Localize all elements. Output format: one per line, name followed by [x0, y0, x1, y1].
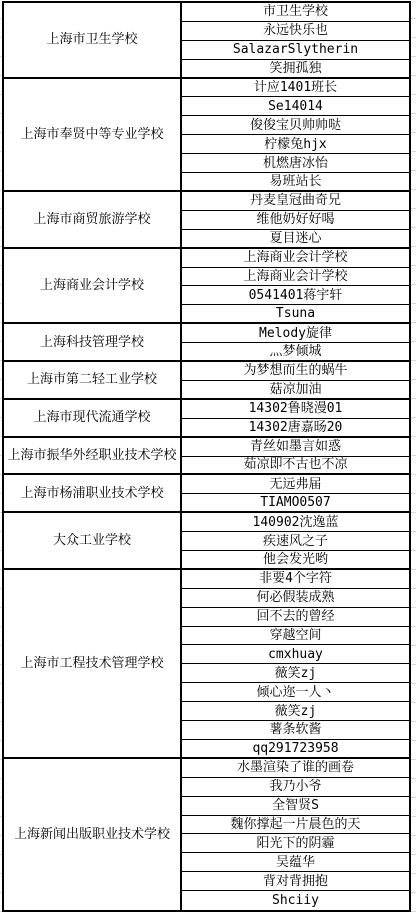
member-cell[interactable]: 魏你撑起一片晨色的天	[182, 816, 409, 835]
member-cell[interactable]: 吴蕴华	[182, 853, 409, 872]
member-cell[interactable]: 穿越空间	[182, 627, 409, 646]
member-cell[interactable]: 永远快乐也	[182, 22, 409, 41]
member-cell[interactable]: 柠檬兔hjx	[182, 135, 409, 154]
member-cell[interactable]: Tsuna	[182, 305, 409, 324]
school-cell[interactable]: 上海市工程技术管理学校	[4, 570, 182, 759]
member-cell[interactable]: 全智贤S	[182, 797, 409, 816]
member-cell[interactable]: 0541401蒋宇轩	[182, 286, 409, 305]
school-cell[interactable]: 上海市杨浦职业技术学校	[4, 475, 182, 513]
school-cell[interactable]: 上海市奉贤中等专业学校	[4, 79, 182, 192]
member-cell[interactable]: 青丝如墨言如惑	[182, 438, 409, 457]
member-cell[interactable]: 我乃小爷	[182, 778, 409, 797]
member-cell[interactable]: TIAMO0507	[182, 494, 409, 513]
member-cell[interactable]: qq291723958	[182, 740, 409, 759]
member-cell[interactable]: 易班站长	[182, 173, 409, 192]
member-cell[interactable]: 机燃唐冰怡	[182, 154, 409, 173]
member-cell[interactable]: 维他奶好好喝	[182, 211, 409, 230]
member-cell[interactable]: 茹凉即不古也不凉	[182, 457, 409, 476]
member-cell[interactable]: Melody旋律	[182, 324, 409, 343]
member-cell[interactable]: 他会发光哟	[182, 551, 409, 570]
school-cell[interactable]: 上海商业会计学校	[4, 249, 182, 325]
member-cell[interactable]: 倾心迩一人丶	[182, 683, 409, 702]
member-cell[interactable]: 灬梦倾城	[182, 343, 409, 362]
member-cell[interactable]: 薇笑zj	[182, 664, 409, 683]
spreadsheet-page: 上海市卫生学校市卫生学校永远快乐也SalazarSlytherin笑拥孤独上海市…	[0, 0, 416, 919]
school-cell[interactable]: 大众工业学校	[4, 513, 182, 570]
member-cell[interactable]: 回不去的曾经	[182, 608, 409, 627]
member-cell[interactable]: 笑拥孤独	[182, 60, 409, 79]
member-cell[interactable]: 无远弗届	[182, 475, 409, 494]
member-cell[interactable]: cmxhuay	[182, 645, 409, 664]
school-cell[interactable]: 上海新闻出版职业技术学校	[4, 759, 182, 910]
member-cell[interactable]: 市卫生学校	[182, 3, 409, 22]
school-cell[interactable]: 上海市第二轻工业学校	[4, 362, 182, 400]
member-cell[interactable]: 上海商业会计学校	[182, 249, 409, 268]
member-cell[interactable]: 丹麦皇冠曲奇兄	[182, 192, 409, 211]
member-cell[interactable]: 俊俊宝贝帅帅哒	[182, 116, 409, 135]
member-cell[interactable]: 疾速风之子	[182, 532, 409, 551]
member-cell[interactable]: 非要4个字符	[182, 570, 409, 589]
member-cell[interactable]: 薇笑zj	[182, 702, 409, 721]
member-cell[interactable]: 薯条软酱	[182, 721, 409, 740]
member-cell[interactable]: 水墨渲染了谁的画卷	[182, 759, 409, 778]
member-cell[interactable]: Shciiy	[182, 891, 409, 910]
school-cell[interactable]: 上海市卫生学校	[4, 3, 182, 79]
member-cell[interactable]: 计应1401班长	[182, 79, 409, 98]
member-cell[interactable]: SalazarSlytherin	[182, 41, 409, 60]
member-cell[interactable]: Se14014	[182, 97, 409, 116]
member-cell[interactable]: 上海商业会计学校	[182, 268, 409, 287]
member-cell[interactable]: 阳光下的阴霾	[182, 834, 409, 853]
school-cell[interactable]: 上海市振华外经职业技术学校	[4, 438, 182, 476]
member-cell[interactable]: 14302唐嘉旸20	[182, 419, 409, 438]
member-cell[interactable]: 为梦想而生的蜗牛	[182, 362, 409, 381]
member-cell[interactable]: 夏目迷心	[182, 230, 409, 249]
school-cell[interactable]: 上海市商贸旅游学校	[4, 192, 182, 249]
member-cell[interactable]: 何必假装成熟	[182, 589, 409, 608]
school-cell[interactable]: 上海科技管理学校	[4, 324, 182, 362]
school-cell[interactable]: 上海市现代流通学校	[4, 400, 182, 438]
member-cell[interactable]: 背对背拥抱	[182, 872, 409, 891]
member-cell[interactable]: 140902沈逸蓝	[182, 513, 409, 532]
member-cell[interactable]: 菇凉加油	[182, 381, 409, 400]
school-members-table: 上海市卫生学校市卫生学校永远快乐也SalazarSlytherin笑拥孤独上海市…	[2, 1, 411, 912]
member-cell[interactable]: 14302鲁晓漫01	[182, 400, 409, 419]
